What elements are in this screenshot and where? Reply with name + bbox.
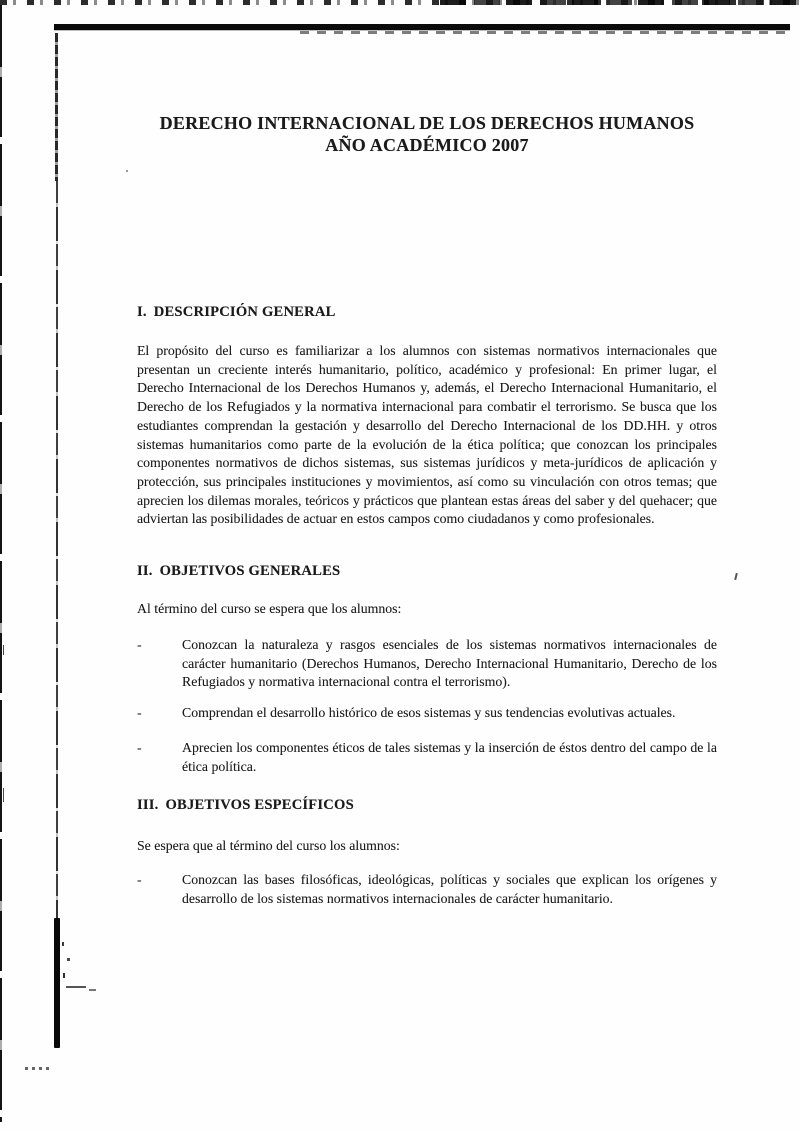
section-i-paragraph: El propósito del curso es familiarizar a… — [137, 342, 717, 529]
section-i-title: DESCRIPCIÓN GENERAL — [154, 304, 336, 320]
scan-speck — [25, 1067, 49, 1070]
section-iii-heading: III.OBJETIVOS ESPECÍFICOS — [137, 797, 717, 814]
section-ii-heading: II.OBJETIVOS GENERALES — [137, 563, 717, 580]
scan-speck — [126, 170, 128, 172]
scan-noise-top-band-right — [440, 0, 800, 5]
section-i-heading: I.DESCRIPCIÓN GENERAL — [137, 304, 717, 321]
list-item: - Conozcan la naturaleza y rasgos esenci… — [137, 636, 717, 692]
scan-speck — [3, 645, 4, 655]
list-item: - Comprendan el desarrollo histórico de … — [137, 704, 717, 723]
bullet-dash: - — [137, 871, 182, 890]
scanned-syllabus-page: DERECHO INTERNACIONAL DE LOS DERECHOS HU… — [0, 0, 800, 1131]
bullet-text: Comprendan el desarrollo histórico de es… — [182, 704, 717, 723]
section-i-number: I. — [137, 304, 147, 320]
bullet-dash: - — [137, 636, 182, 655]
section-ii-intro: Al término del curso se espera que los a… — [137, 600, 717, 619]
course-title: DERECHO INTERNACIONAL DE LOS DERECHOS HU… — [137, 112, 717, 134]
scan-vertical-line-lower — [56, 181, 58, 921]
section-ii-title: OBJETIVOS GENERALES — [160, 563, 341, 579]
scan-left-edge-line — [0, 5, 2, 1122]
document-title: DERECHO INTERNACIONAL DE LOS DERECHOS HU… — [137, 112, 717, 156]
list-item: - Conozcan las bases filosóficas, ideoló… — [137, 871, 717, 908]
scan-top-black-bar — [54, 24, 790, 30]
scan-speck — [67, 958, 70, 961]
section-iii-title: OBJETIVOS ESPECÍFICOS — [166, 797, 354, 813]
bullet-text: Conozcan las bases filosóficas, ideológi… — [182, 871, 717, 908]
scan-speck — [66, 986, 86, 988]
section-iii-number: III. — [137, 797, 159, 813]
scan-bottom-left-bar — [54, 918, 60, 1048]
bullet-dash: - — [137, 704, 182, 723]
scan-speck — [734, 573, 738, 580]
section-ii-number: II. — [137, 563, 153, 579]
list-item: - Aprecien los componentes éticos de tal… — [137, 739, 717, 776]
bullet-text: Conozcan la naturaleza y rasgos esencial… — [182, 636, 717, 692]
scan-top-bar-speckle — [300, 31, 788, 34]
scan-speck — [3, 788, 4, 802]
bullet-dash: - — [137, 739, 182, 758]
scan-speck — [89, 989, 96, 991]
scan-vertical-line-upper — [55, 33, 58, 181]
academic-year: AÑO ACADÉMICO 2007 — [137, 134, 717, 156]
scan-speck — [63, 973, 65, 978]
bullet-text: Aprecien los componentes éticos de tales… — [182, 739, 717, 776]
section-iii-intro: Se espera que al término del curso los a… — [137, 837, 717, 856]
scan-speck — [62, 942, 64, 946]
